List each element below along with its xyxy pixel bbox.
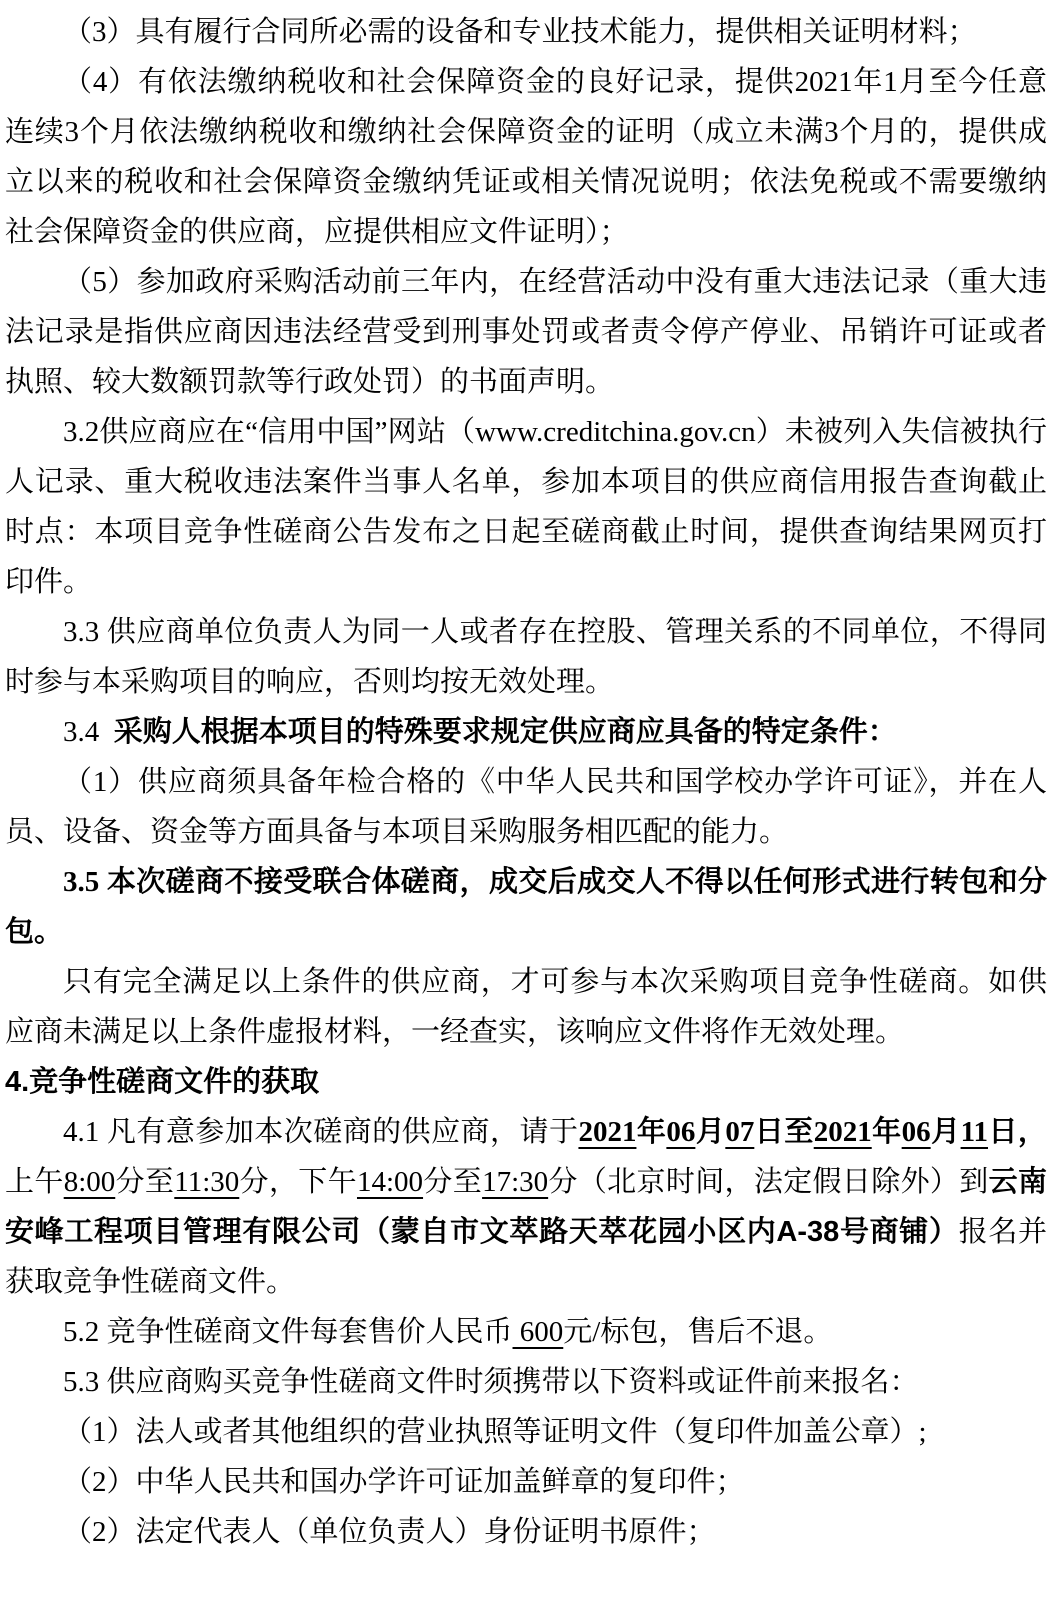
text-run: 3.5 — [63, 866, 107, 898]
text-run: （2）中华人民共和国办学许可证加盖鲜章的复印件； — [63, 1466, 745, 1498]
clause-3-closing-note: 只有完全满足以上条件的供应商，才可参与本次采购项目竞争性磋商。如供应商未满足以上… — [5, 957, 1047, 1057]
text-run: （1）法人或者其他组织的营业执照等证明文件（复印件加盖公章）; — [63, 1416, 927, 1448]
text-run: 5.3 供应商购买竞争性磋商文件时须携带以下资料或证件前来报名： — [63, 1366, 919, 1398]
text-run: （5）参加政府采购活动前三年内，在经营活动中没有重大违法记录（重大违法记录是指供… — [5, 266, 1047, 398]
text-run: 14:00 — [357, 1166, 423, 1198]
clause-5-3-item-1: （1）法人或者其他组织的营业执照等证明文件（复印件加盖公章）; — [5, 1407, 1047, 1457]
text-run: 3.4 — [63, 716, 114, 748]
clause-3-1-item-3: （3）具有履行合同所必需的设备和专业技术能力，提供相关证明材料； — [5, 7, 1047, 57]
text-run: （3）具有履行合同所必需的设备和专业技术能力，提供相关证明材料； — [63, 16, 977, 48]
text-run: 5.2 竞争性磋商文件每套售价人民币 — [63, 1316, 513, 1348]
text-run: 只有完全满足以上条件的供应商，才可参与本次采购项目竞争性磋商。如供应商未满足以上… — [5, 966, 1047, 1048]
clause-5-3: 5.3 供应商购买竞争性磋商文件时须携带以下资料或证件前来报名： — [5, 1357, 1047, 1407]
clause-3-1-item-5: （5）参加政府采购活动前三年内，在经营活动中没有重大违法记录（重大违法记录是指供… — [5, 257, 1047, 407]
text-run: 8:00 — [64, 1166, 116, 1198]
text-run: 月 — [931, 1116, 961, 1148]
text-run: 日， — [988, 1116, 1047, 1148]
text-run: 2021 — [578, 1116, 636, 1148]
text-run: 3.2供应商应在“信用中国”网站（www.creditchina.gov.cn）… — [5, 416, 1047, 598]
text-run: 06 — [666, 1116, 695, 1148]
clause-5-3-item-2: （2）中华人民共和国办学许可证加盖鲜章的复印件； — [5, 1457, 1047, 1507]
text-run: 分（北京时间，法定假日除外）到 — [548, 1166, 988, 1198]
clause-3-5: 3.5 本次磋商不接受联合体磋商，成交后成交人不得以任何形式进行转包和分包。 — [5, 857, 1047, 957]
text-run: 17:30 — [482, 1166, 548, 1198]
text-run: 4.竞争性磋商文件的获取 — [5, 1066, 319, 1098]
clause-4-1: 4.1 凡有意参加本次磋商的供应商，请于2021年06月07日至2021年06月… — [5, 1107, 1047, 1307]
text-run: 上午 — [5, 1166, 64, 1198]
text-run: 分至 — [115, 1166, 174, 1198]
clause-3-4-heading: 3.4 采购人根据本项目的特殊要求规定供应商应具备的特定条件： — [5, 707, 1047, 757]
text-run: 11 — [961, 1116, 988, 1148]
text-run: （2）法定代表人（单位负责人）身份证明书原件； — [63, 1516, 716, 1548]
text-run: 11:30 — [174, 1166, 239, 1198]
text-run: 日至 — [754, 1116, 813, 1148]
clause-5-2: 5.2 竞争性磋商文件每套售价人民币 600元/标包，售后不退。 — [5, 1307, 1047, 1357]
text-run: （4）有依法缴纳税收和社会保障资金的良好记录，提供2021年1月至今任意连续3个… — [5, 66, 1047, 248]
text-run: 4.1 凡有意参加本次磋商的供应商，请于 — [63, 1116, 578, 1148]
text-run: 07 — [725, 1116, 754, 1148]
clause-3-4-item-1: （1）供应商须具备年检合格的《中华人民共和国学校办学许可证》，并在人员、设备、资… — [5, 757, 1047, 857]
text-run: 分，下午 — [239, 1166, 357, 1198]
text-run: （1）供应商须具备年检合格的《中华人民共和国学校办学许可证》，并在人员、设备、资… — [5, 766, 1047, 848]
clause-5-3-item-3: （2）法定代表人（单位负责人）身份证明书原件； — [5, 1507, 1047, 1557]
text-run: 年 — [636, 1116, 666, 1148]
text-run: 本次磋商不接受联合体磋商，成交后成交人不得以任何形式进行转包和分包。 — [5, 866, 1047, 948]
text-run: 600 — [513, 1316, 564, 1348]
text-run: 06 — [902, 1116, 931, 1148]
text-run: 分至 — [423, 1166, 482, 1198]
section-4-heading: 4.竞争性磋商文件的获取 — [5, 1057, 1047, 1107]
text-run: 采购人根据本项目的特殊要求规定供应商应具备的特定条件： — [114, 716, 897, 748]
text-run: 年 — [872, 1116, 902, 1148]
document-page: （3）具有履行合同所必需的设备和专业技术能力，提供相关证明材料；（4）有依法缴纳… — [0, 0, 1057, 1557]
text-run: 元/标包，售后不退。 — [563, 1316, 832, 1348]
text-run: 3.3 供应商单位负责人为同一人或者存在控股、管理关系的不同单位，不得同时参与本… — [5, 616, 1047, 698]
clause-3-2: 3.2供应商应在“信用中国”网站（www.creditchina.gov.cn）… — [5, 407, 1047, 607]
text-run: 月 — [695, 1116, 725, 1148]
text-run: 2021 — [814, 1116, 872, 1148]
clause-3-1-item-4: （4）有依法缴纳税收和社会保障资金的良好记录，提供2021年1月至今任意连续3个… — [5, 57, 1047, 257]
clause-3-3: 3.3 供应商单位负责人为同一人或者存在控股、管理关系的不同单位，不得同时参与本… — [5, 607, 1047, 707]
